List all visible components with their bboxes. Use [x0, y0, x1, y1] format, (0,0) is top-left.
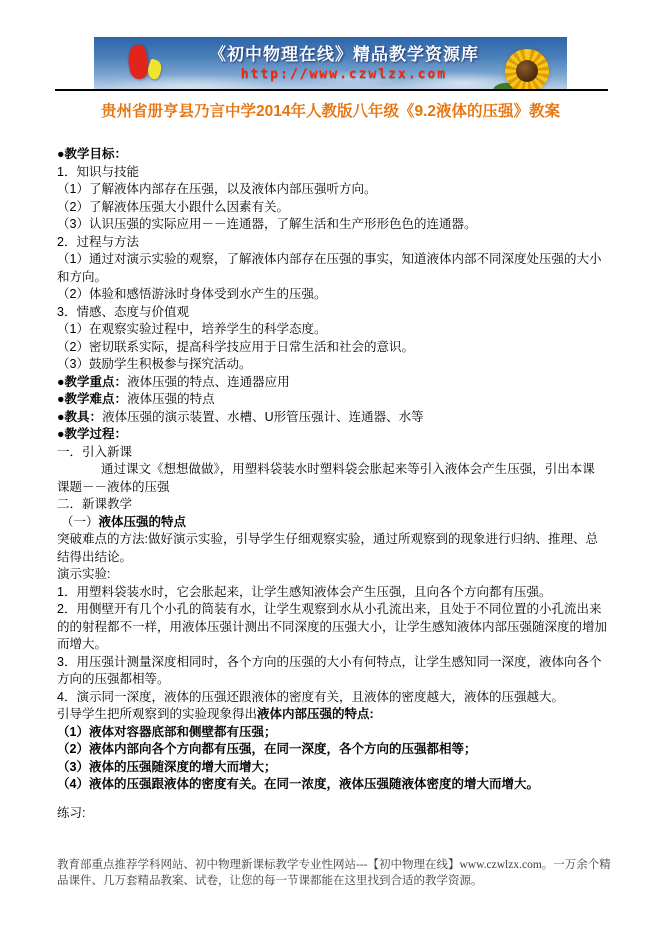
paragraph: ●教学重点：液体压强的特点、连通器应用 [57, 374, 607, 392]
paragraph: （一）液体压强的特点 [57, 514, 607, 532]
paragraph-bold-text: ●教具： [57, 410, 102, 424]
paragraph: 通过课文《想想做做》，用塑料袋装水时塑料袋会胀起来等引入液体会产生压强，引出本课… [57, 461, 607, 496]
paragraph: 引导学生把所观察到的实验现象得出液体内部压强的特点: [57, 706, 607, 724]
paragraph: （2）体验和感悟游泳时身体受到水产生的压强。 [57, 286, 607, 304]
paragraph-text: （1）通过对演示实验的观察，了解液体内部存在压强的事实，知道液体内部不同深度处压… [57, 252, 601, 284]
paragraph-text: 液体压强的特点 [127, 392, 215, 406]
paragraph: 二．新课教学 [57, 496, 607, 514]
paragraph-bold-text: 液体压强的特点 [99, 515, 187, 529]
paragraph-text: 3．用压强计测量深度相同时，各个方向的压强的大小有何特点，让学生感知同一深度，液… [57, 655, 601, 687]
paragraph-text: （3）认识压强的实际应用－－连通器，了解生活和生产形形色色的连通器。 [57, 217, 476, 231]
paragraph-text: 通过课文《想想做做》，用塑料袋装水时塑料袋会胀起来等引入液体会产生压强，引出本课… [57, 462, 595, 494]
paragraph: 3．用压强计测量深度相同时，各个方向的压强的大小有何特点，让学生感知同一深度，液… [57, 654, 607, 689]
paragraph: （2）液体内部向各个方向都有压强，在同一深度，各个方向的压强都相等； [57, 741, 607, 759]
paragraph: ●教学难点：液体压强的特点 [57, 391, 607, 409]
paragraph-text: 二．新课教学 [57, 497, 132, 511]
paragraph: ●教学过程： [57, 426, 607, 444]
paragraph-text: （2）体验和感悟游泳时身体受到水产生的压强。 [57, 287, 326, 301]
paragraph-bold-text: ●教学过程： [57, 427, 127, 441]
paragraph-bold-text: ●教学目标： [57, 147, 127, 161]
paragraph-text: 引导学生把所观察到的实验现象得出 [57, 707, 257, 721]
paragraph-bold-text: （1）液体对容器底部和侧壁都有压强； [57, 725, 276, 739]
banner-text-block: 《初中物理在线》精品教学资源库 http://www.czwlzx.com [179, 40, 509, 82]
paragraph: 练习: [57, 805, 607, 823]
paragraph-text: （2）密切联系实际，提高科学技应用于日常生活和社会的意识。 [57, 340, 414, 354]
paragraph: 演示实验: [57, 566, 607, 584]
banner-site-url: http://www.czwlzx.com [179, 67, 509, 82]
paragraph: 3．情感、态度与价值观 [57, 304, 607, 322]
paragraph-bold-text: ●教学重点： [57, 375, 127, 389]
paragraph-text: （1）在观察实验过程中，培养学生的科学态度。 [57, 322, 326, 336]
paragraph: ●教具：液体压强的演示装置、水槽、U形管压强计、连通器、水等 [57, 409, 607, 427]
horizontal-rule [55, 89, 608, 91]
logo-flame-shape [124, 43, 152, 81]
paragraph: ●教学目标： [57, 146, 607, 164]
footer-note: 教育部重点推荐学科网站、初中物理新课标教学专业性网站---【初中物理在线】www… [57, 857, 613, 889]
paragraph: （1）了解液体内部存在压强，以及液体内部压强听方向。 [57, 181, 607, 199]
paragraph: （3）鼓励学生积极参与探究活动。 [57, 356, 607, 374]
sunflower-core-shape [516, 60, 538, 82]
paragraph-text: 突破难点的方法:做好演示实验，引导学生仔细观察实验，通过所观察到的现象进行归纳、… [57, 532, 598, 564]
banner-site-title: 《初中物理在线》精品教学资源库 [179, 40, 509, 65]
paragraph: （2）密切联系实际，提高科学技应用于日常生活和社会的意识。 [57, 339, 607, 357]
document-body: ●教学目标：1．知识与技能（1）了解液体内部存在压强，以及液体内部压强听方向。（… [57, 146, 607, 822]
paragraph-text: 1．知识与技能 [57, 165, 139, 179]
document-page: 《初中物理在线》精品教学资源库 http://www.czwlzx.com 贵州… [0, 0, 661, 936]
paragraph-bold-text: （2）液体内部向各个方向都有压强，在同一深度，各个方向的压强都相等； [57, 742, 476, 756]
paragraph-bold-text: （3）液体的压强随深度的增大而增大； [57, 760, 276, 774]
paragraph-bold-text: （4）液体的压强跟液体的密度有关。在同一浓度，液体压强随液体密度的增大而增大。 [57, 777, 539, 791]
paragraph-text: 演示实验: [57, 567, 110, 581]
paragraph: 2．过程与方法 [57, 234, 607, 252]
paragraph: 1．用塑料袋装水时，它会胀起来，让学生感知液体会产生压强，且向各个方向都有压强。 [57, 584, 607, 602]
paragraph: （3）液体的压强随深度的增大而增大； [57, 759, 607, 777]
paragraph: （1）通过对演示实验的观察，了解液体内部存在压强的事实，知道液体内部不同深度处压… [57, 251, 607, 286]
paragraph-text: （3）鼓励学生积极参与探究活动。 [57, 357, 251, 371]
paragraph-text: 一．引入新课 [57, 445, 132, 459]
paragraph: （3）认识压强的实际应用－－连通器，了解生活和生产形形色色的连通器。 [57, 216, 607, 234]
paragraph-bold-text: ●教学难点： [57, 392, 127, 406]
paragraph: （4）液体的压强跟液体的密度有关。在同一浓度，液体压强随液体密度的增大而增大。 [57, 776, 607, 794]
paragraph: 2．用侧壁开有几个小孔的筒装有水，让学生观察到水从小孔流出来，且处于不同位置的小… [57, 601, 607, 654]
paragraph: （1）液体对容器底部和侧壁都有压强； [57, 724, 607, 742]
site-banner: 《初中物理在线》精品教学资源库 http://www.czwlzx.com [94, 37, 567, 89]
paragraph: 4．演示同一深度，液体的压强还跟液体的密度有关，且液体的密度越大，液体的压强越大… [57, 689, 607, 707]
paragraph-text: 3．情感、态度与价值观 [57, 305, 189, 319]
paragraph: 1．知识与技能 [57, 164, 607, 182]
paragraph-text: 练习: [57, 806, 85, 820]
paragraph: （2）了解液体压强大小跟什么因素有关。 [57, 199, 607, 217]
site-logo-icon [122, 42, 168, 86]
paragraph-bold-text: 液体内部压强的特点: [257, 707, 374, 721]
paragraph-text: （2）了解液体压强大小跟什么因素有关。 [57, 200, 289, 214]
paragraph-text: 2．过程与方法 [57, 235, 139, 249]
paragraph: （1）在观察实验过程中，培养学生的科学态度。 [57, 321, 607, 339]
paragraph-text: 1．用塑料袋装水时，它会胀起来，让学生感知液体会产生压强，且向各个方向都有压强。 [57, 585, 551, 599]
paragraph-text: 液体压强的特点、连通器应用 [127, 375, 290, 389]
paragraph-text: （1）了解液体内部存在压强，以及液体内部压强听方向。 [57, 182, 376, 196]
paragraph: 突破难点的方法:做好演示实验，引导学生仔细观察实验，通过所观察到的现象进行归纳、… [57, 531, 607, 566]
document-title: 贵州省册亨县乃言中学2014年人教版八年级《9.2液体的压强》教案 [20, 99, 641, 121]
paragraph: 一．引入新课 [57, 444, 607, 462]
paragraph-text: 2．用侧壁开有几个小孔的筒装有水，让学生观察到水从小孔流出来，且处于不同位置的小… [57, 602, 607, 651]
paragraph-text: （一） [61, 515, 99, 529]
paragraph-text: 4．演示同一深度，液体的压强还跟液体的密度有关，且液体的密度越大，液体的压强越大… [57, 690, 564, 704]
paragraph-text: 液体压强的演示装置、水槽、U形管压强计、连通器、水等 [102, 410, 424, 424]
sunflower-icon [493, 47, 557, 89]
